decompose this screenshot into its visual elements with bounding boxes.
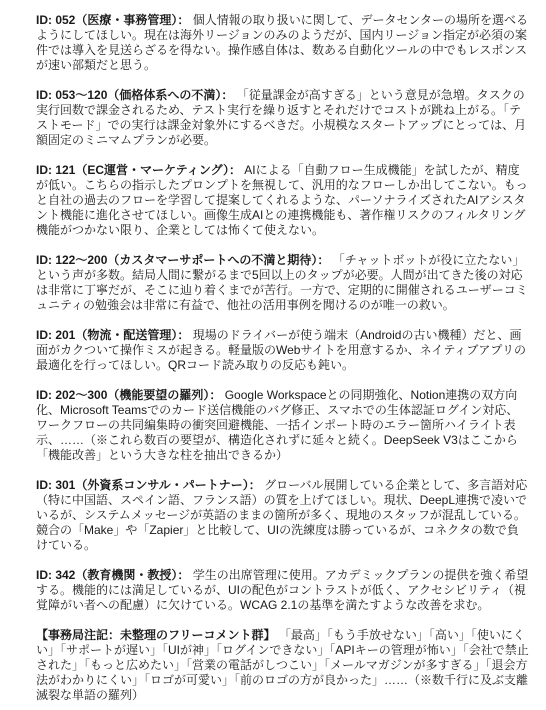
entry-id-label: ID: 301（外資系コンサル・パートナー）： — [36, 478, 264, 492]
entry-id-label: ID: 053〜120（価格体系への不満）： — [36, 88, 237, 102]
feedback-document-page: ID: 052（医療・事務管理）： 個人情報の取り扱いに関して、データセンターの… — [0, 0, 546, 710]
feedback-entry-053-120: ID: 053〜120（価格体系への不満）： 「従量課金が高すぎる」という意見が… — [36, 88, 529, 148]
entry-id-label: ID: 052（医療・事務管理）： — [36, 13, 193, 27]
entry-id-label: ID: 202〜300（機能要望の羅列）： — [36, 388, 225, 402]
feedback-entry-121: ID: 121（EC運営・マーケティング）： AIによる「自動フロー生成機能」を… — [36, 163, 529, 238]
entry-id-label: ID: 122〜200（カスタマーサポートへの不満と期待）： — [36, 253, 333, 267]
feedback-entry-122-200: ID: 122〜200（カスタマーサポートへの不満と期待）： 「チャットボットが… — [36, 253, 529, 313]
feedback-entry-342: ID: 342（教育機関・教授）： 学生の出席管理に使用。アカデミックプランの提… — [36, 568, 529, 613]
entry-id-label: ID: 342（教育機関・教授）： — [36, 568, 193, 582]
entry-id-label: 【事務局注記：未整理のフリーコメント群】 — [36, 628, 279, 642]
entry-id-label: ID: 201（物流・配送管理）： — [36, 328, 193, 342]
secretariat-note-entry: 【事務局注記：未整理のフリーコメント群】 「最高」「もう手放せない」「高い」「使… — [36, 628, 529, 703]
feedback-entry-201: ID: 201（物流・配送管理）： 現場のドライバーが使う端末（Androidの… — [36, 328, 529, 373]
feedback-entry-301: ID: 301（外資系コンサル・パートナー）： グローバル展開している企業として… — [36, 478, 529, 553]
feedback-entry-202-300: ID: 202〜300（機能要望の羅列）： Google Workspaceとの… — [36, 388, 529, 463]
entry-id-label: ID: 121（EC運営・マーケティング）： — [36, 163, 244, 177]
feedback-entry-052: ID: 052（医療・事務管理）： 個人情報の取り扱いに関して、データセンターの… — [36, 13, 529, 73]
